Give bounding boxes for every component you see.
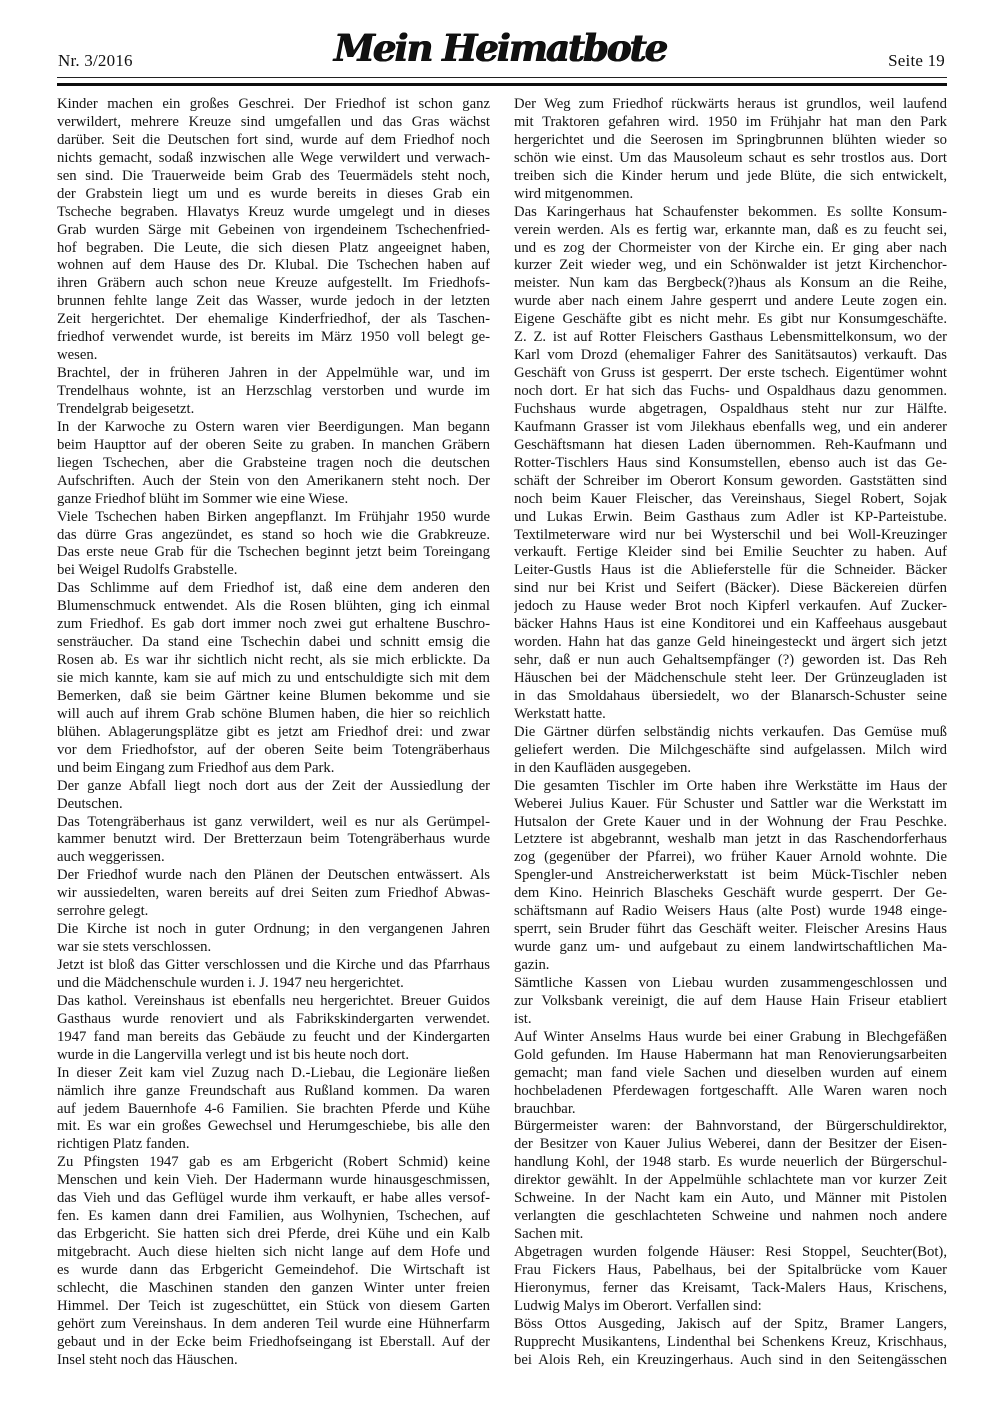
text-line: dem Kino. Heinrich Blascheks Geschäft wu…: [514, 885, 947, 903]
text-line: ihren Gräbern auch schon neue Kreuze auf…: [57, 275, 490, 293]
text-line: in das Smoldahaus übersiedelt, wo der Bl…: [514, 688, 947, 706]
text-line: Das Totengräberhaus ist ganz verwildert,…: [57, 814, 490, 832]
text-line: Häuschen bei der Mädchenschule steht lee…: [514, 670, 947, 688]
text-line: Trendelgrab beigesetzt.: [57, 401, 490, 419]
text-line: wurde ganz um- und aufgebaut zu einem la…: [514, 939, 947, 957]
text-line: Gold gefunden. Im Hause Habermann hat ma…: [514, 1047, 947, 1065]
text-line: In der Karwoche zu Ostern waren vier Bee…: [57, 419, 490, 437]
text-line: Deutschen.: [57, 796, 490, 814]
text-line: gebaut und in der Ecke beim Friedhofsein…: [57, 1334, 490, 1352]
text-line: darüber. Seit die Deutschen fort sind, w…: [57, 132, 490, 150]
text-line: Die Gärtner dürfen selbständig nichts ve…: [514, 724, 947, 742]
text-line: wird mitgenommen.: [514, 186, 947, 204]
text-line: Auf Winter Anselms Haus wurde bei einer …: [514, 1029, 947, 1047]
text-line: brunnen fehlte lange Zeit das Wasser, wu…: [57, 293, 490, 311]
text-line: Rosen ab. Es war ihr sichtlich nicht rec…: [57, 652, 490, 670]
text-line: meister. Nun kam das Bergbeck(?)haus als…: [514, 275, 947, 293]
text-line: Das kathol. Vereinshaus ist ebenfalls ne…: [57, 993, 490, 1011]
text-line: Die gesamten Tischler im Orte haben ihre…: [514, 778, 947, 796]
text-line: bäcker Hahns Haus ist eine Konditorei un…: [514, 616, 947, 634]
text-line: mitgebracht. Auch diese hielten sich nic…: [57, 1244, 490, 1262]
text-line: vor dem Friedhofstor, auf der oberen Sei…: [57, 742, 490, 760]
text-line: direktor gewählt. In der Appelmühle schl…: [514, 1172, 947, 1190]
text-line: sehr, daß er nun auch Gehaltsempfänger (…: [514, 652, 947, 670]
text-line: Blumenschmuck entwendet. Als die Rosen b…: [57, 598, 490, 616]
header-rule-thick: [57, 83, 947, 86]
text-line: zur Volksbank vereinigt, die auf dem Hau…: [514, 993, 947, 1011]
text-line: nichts gemacht, sodaß inzwischen alle We…: [57, 150, 490, 168]
text-line: sensträucher. Da stand eine Tschechin da…: [57, 634, 490, 652]
text-line: richtigen Platz fanden.: [57, 1136, 490, 1154]
text-line: Fuchshaus wurde abgetragen, Ospaldhaus s…: [514, 401, 947, 419]
text-line: Aufschriften. Auch der Stein von den Ame…: [57, 473, 490, 491]
text-line: Gasthaus wurde renoviert und als Fabriks…: [57, 1011, 490, 1029]
text-line: wesen.: [57, 347, 490, 365]
text-line: wurde aber nach einem Jahre gesperrt und…: [514, 293, 947, 311]
text-line: Trendelhaus wohnte, ist an Herzschlag ve…: [57, 383, 490, 401]
text-line: sperrt, sein Bruder führt das Geschäft w…: [514, 921, 947, 939]
text-line: Z. Z. ist auf Rotter Fleischers Gasthaus…: [514, 329, 947, 347]
text-line: Hutsalon der Grete Kauer und in der Wohn…: [514, 814, 947, 832]
text-line: Letztere ist abgebrannt, weshalb man jet…: [514, 831, 947, 849]
text-line: verwildert, mehrere Kreuze sind umgefall…: [57, 114, 490, 132]
text-line: verkauft. Fertige Kleider sind bei Emili…: [514, 544, 947, 562]
text-line: war sie stets verschlossen.: [57, 939, 490, 957]
text-line: das Vieh und das Geflügel wurde ihm verk…: [57, 1190, 490, 1208]
text-line: kurzer Zeit wieder weg, und ein Schönwal…: [514, 257, 947, 275]
text-line: Geschäftsmann hat diesen Laden übernomme…: [514, 437, 947, 455]
text-line: Weberei Julius Kauer. Für Schuster und S…: [514, 796, 947, 814]
text-line: gehört zum Vereinshaus. In dem anderen T…: [57, 1316, 490, 1334]
text-line: hochbeladenen Pferdewagen fortgeschafft.…: [514, 1083, 947, 1101]
text-line: Sämtliche Kassen von Liebau wurden zusam…: [514, 975, 947, 993]
text-line: Das erste neue Grab für die Tschechen be…: [57, 544, 490, 562]
text-line: bei Weigel Rudolfs Grabstelle.: [57, 562, 490, 580]
text-line: Viele Tschechen haben Birken angepflanzt…: [57, 509, 490, 527]
text-line: verlangten die geschlachteten Schweine u…: [514, 1208, 947, 1226]
text-line: friedhof verwendet wurde, ist bereits im…: [57, 329, 490, 347]
text-line: und Lukas Erwin. Beim Gasthaus zum Adler…: [514, 509, 947, 527]
text-line: liegen Tschechen, aber die Grabsteine tr…: [57, 455, 490, 473]
text-line: Eigene Geschäfte gibt es nicht mehr. Es …: [514, 311, 947, 329]
text-line: Leiter-Gustls Haus ist die Ablieferstell…: [514, 562, 947, 580]
text-line: jedoch zu Hause weder Brot noch Kipferl …: [514, 598, 947, 616]
text-line: das dürre Gras angezündet, es stand so h…: [57, 527, 490, 545]
text-line: Zu Pfingsten 1947 gab es am Erbgericht (…: [57, 1154, 490, 1172]
text-line: hof begraben. Die Leute, die sich diesen…: [57, 240, 490, 258]
text-line: will auch auf ihrem Grab schöne Blumen h…: [57, 706, 490, 724]
text-line: Das Schlimme auf dem Friedhof ist, daß e…: [57, 580, 490, 598]
text-line: schlecht, die Maschinen standen den ganz…: [57, 1280, 490, 1298]
text-line: gemacht; man fand viele Sachen und diese…: [514, 1065, 947, 1083]
text-line: und die Mädchenschule wurden i. J. 1947 …: [57, 975, 490, 993]
page-number: Seite 19: [888, 51, 945, 71]
text-line: Abgetragen wurden folgende Häuser: Resi …: [514, 1244, 947, 1262]
text-line: schäft der Schreiber im Oberort Konsum g…: [514, 473, 947, 491]
text-line: Ludwig Malys im Oberort. Verfallen sind:: [514, 1298, 947, 1316]
text-line: auch weggerissen.: [57, 849, 490, 867]
text-line: Der ganze Abfall liegt noch dort aus der…: [57, 778, 490, 796]
text-line: Karl vom Drozd (ehemaliger Fahrer des Sa…: [514, 347, 947, 365]
text-line: sind nur bei Krist und Seifert (Bäcker).…: [514, 580, 947, 598]
text-line: noch dort. Er hat sich das Fuchs- und Os…: [514, 383, 947, 401]
text-line: Bemerken, daß sie beim Gärtner keine Blu…: [57, 688, 490, 706]
text-line: verein werden. Als es fertig war, erkann…: [514, 222, 947, 240]
text-line: zog (gegenüber der Pfarrei), wo früher K…: [514, 849, 947, 867]
text-line: beim Haupttor auf der oberen Seite zu gr…: [57, 437, 490, 455]
text-line: und beim Eingang zum Friedhof aus dem Pa…: [57, 760, 490, 778]
text-line: brauchbar.: [514, 1101, 947, 1119]
text-line: Die Kirche ist noch in guter Ordnung; in…: [57, 921, 490, 939]
text-line: Werkstatt hatte.: [514, 706, 947, 724]
text-line: sie mich kannte, kam sie auf mich zu und…: [57, 670, 490, 688]
text-line: das Erbgericht. Sie hatten sich drei Pfe…: [57, 1226, 490, 1244]
text-line: Der Weg zum Friedhof rückwärts heraus is…: [514, 96, 947, 114]
text-line: Kaufmann Grasser ist vom Jilekhaus ebenf…: [514, 419, 947, 437]
text-line: Brachtel, der in früheren Jahren in der …: [57, 365, 490, 383]
text-line: Sachen mit.: [514, 1226, 947, 1244]
text-line: Schweine. In der Nacht kam ein Auto, und…: [514, 1190, 947, 1208]
text-line: Rotter-Tischlers Haus sind Konsumstellen…: [514, 455, 947, 473]
text-line: treiben sich die Kinder herum und jede B…: [514, 168, 947, 186]
text-line: schön wie einst. Um das Mausoleum schaut…: [514, 150, 947, 168]
text-line: mit. Es war ein großes Gewechsel und Her…: [57, 1118, 490, 1136]
masthead-logo: Mein Heimatbote: [0, 26, 1000, 70]
text-line: wohnen auf dem Hause des Dr. Klubal. Die…: [57, 257, 490, 275]
text-line: mit Traktoren gefahren wird. 1950 im Frü…: [514, 114, 947, 132]
newspaper-page: Nr. 3/2016 Mein Heimatbote Seite 19 Kind…: [0, 0, 1000, 1412]
text-line: Zeit hergerichtet. Der ehemalige Kinderf…: [57, 311, 490, 329]
text-line: zum Friedhof. Es gab dort immer noch zwe…: [57, 616, 490, 634]
text-line: blühen. Ablagerungsplätze gibt es jetzt …: [57, 724, 490, 742]
text-line: Insel steht noch das Häuschen.: [57, 1352, 490, 1370]
text-line: Geschäft von Gruss ist gesperrt. Der ers…: [514, 365, 947, 383]
text-line: serrohre gelegt.: [57, 903, 490, 921]
text-line: in den Kaufläden ausgegeben.: [514, 760, 947, 778]
text-line: gazin.: [514, 957, 947, 975]
text-line: schäftsmann auf Radio Weisers Haus (alte…: [514, 903, 947, 921]
text-line: geliefert werden. Die Milchgeschäfte sin…: [514, 742, 947, 760]
text-line: fen. Es kamen dann drei Familien, aus Wo…: [57, 1208, 490, 1226]
article-column-right: Der Weg zum Friedhof rückwärts heraus is…: [514, 96, 947, 1370]
text-line: der Grabstein liegt um und es wurde bere…: [57, 186, 490, 204]
text-line: der Besitzer von Kauer Julius Weberei, d…: [514, 1136, 947, 1154]
text-line: Frau Fickers Haus, Pabelhaus, bei der Sp…: [514, 1262, 947, 1280]
text-line: kammer benutzt wird. Der Bretterzaun bei…: [57, 831, 490, 849]
text-line: ganze Friedhof blüht im Sommer wie eine …: [57, 491, 490, 509]
text-line: Der Friedhof wurde nach den Plänen der D…: [57, 867, 490, 885]
text-line: Tscheche begraben. Hlavatys Kreuz wurde …: [57, 204, 490, 222]
text-line: handlung Kohl, der 1948 starb. Es wurde …: [514, 1154, 947, 1172]
article-column-left: Kinder machen ein großes Geschrei. Der F…: [57, 96, 490, 1370]
text-line: Himmel. Der Teich ist zugeschüttet, ein …: [57, 1298, 490, 1316]
text-line: nämlich ihre ganze Freundschaft aus Rußl…: [57, 1083, 490, 1101]
text-line: Das Karingerhaus hat Schaufenster bekomm…: [514, 204, 947, 222]
text-line: auf jedem Bauernhofe 4-6 Familien. Sie b…: [57, 1101, 490, 1119]
text-line: und es zog der Chormeister von der Kirch…: [514, 240, 947, 258]
text-line: Jetzt ist bloß das Gitter verschlossen u…: [57, 957, 490, 975]
text-line: worden. Hahn hat das ganze Geld hineinge…: [514, 634, 947, 652]
text-line: ist.: [514, 1011, 947, 1029]
text-line: Kinder machen ein großes Geschrei. Der F…: [57, 96, 490, 114]
text-line: es wurde dann das Erbgericht Gemeindehof…: [57, 1262, 490, 1280]
text-line: Grab wurden Särge mit Gebeinen von irgen…: [57, 222, 490, 240]
header-rule-thin: [57, 77, 947, 78]
text-line: hergerichtet und die Seerosen im Springb…: [514, 132, 947, 150]
text-line: noch beim Kauer Fleischer, das Vereinsha…: [514, 491, 947, 509]
text-line: 1947 fand man bereits das Gebäude zu feu…: [57, 1029, 490, 1047]
text-line: Spengler-und Anstreicherwerkstatt ist be…: [514, 867, 947, 885]
text-line: bei Alois Reh, ein Kreuzingerhaus. Auch …: [514, 1352, 947, 1370]
text-line: Bürgermeister waren: der Bahnvorstand, d…: [514, 1118, 947, 1136]
text-line: In dieser Zeit kam viel Zuzug nach D.-Li…: [57, 1065, 490, 1083]
text-line: Textilmeterware wird nur bei Wysterschil…: [514, 527, 947, 545]
text-line: Rupprecht Musikantens, Lindenthal bei Sc…: [514, 1334, 947, 1352]
text-line: Hieronymus, ferner das Kreisamt, Tack-Ma…: [514, 1280, 947, 1298]
text-line: sen sind. Die Trauerweide beim Grab des …: [57, 168, 490, 186]
text-line: wir aussiedelten, waren bereits auf drei…: [57, 885, 490, 903]
text-line: Böss Ottos Ausgeding, Jakisch auf der Sp…: [514, 1316, 947, 1334]
text-line: wurde in die Langervilla verlegt und ist…: [57, 1047, 490, 1065]
text-line: Menschen und kein Vieh. Der Hadermann wu…: [57, 1172, 490, 1190]
